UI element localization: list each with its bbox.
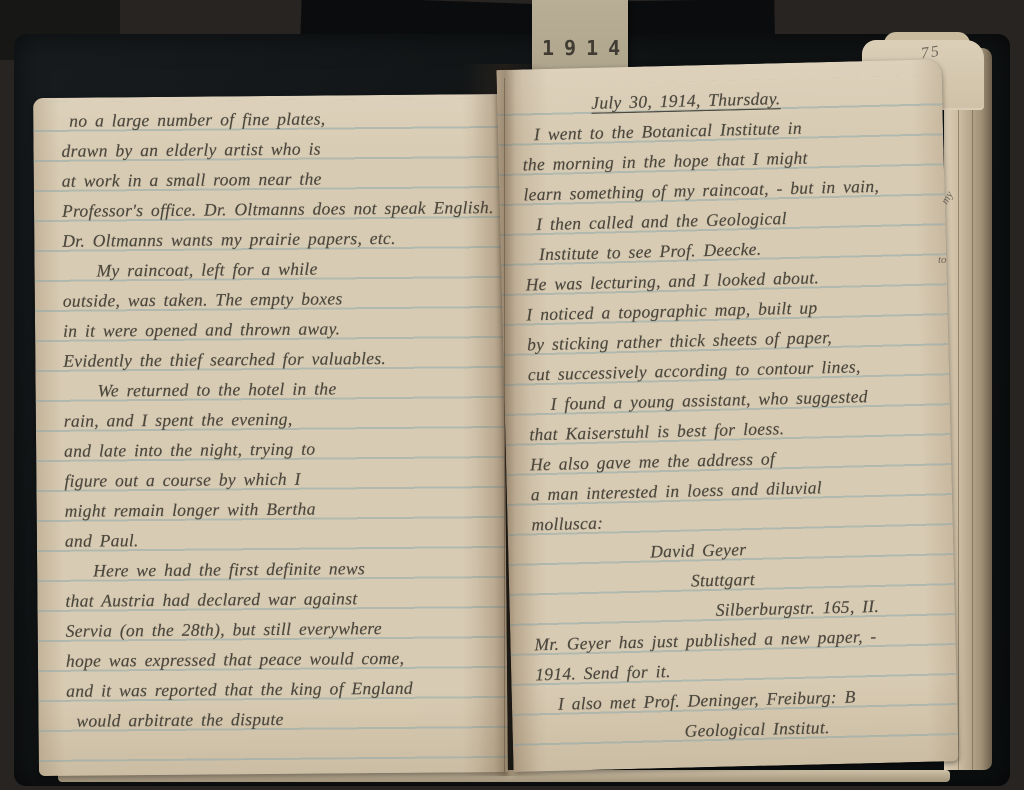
manuscript-line: We returned to the hotel in the xyxy=(63,372,499,406)
manuscript-line: at work in a small room near the xyxy=(62,162,498,196)
page-edge-text: to xyxy=(938,254,947,266)
left-page-text: no a large number of fine plates,drawn b… xyxy=(61,102,502,736)
manuscript-line: in it were opened and thrown away. xyxy=(63,312,499,346)
manuscript-line: outside, was taken. The empty boxes xyxy=(63,282,499,316)
manuscript-line: and Paul. xyxy=(65,522,501,556)
left-page: no a large number of fine plates,drawn b… xyxy=(33,94,508,776)
year-tab-label: 1914 xyxy=(532,36,628,60)
right-page: July 30, 1914, Thursday.I went to the Bo… xyxy=(496,59,958,772)
manuscript-line: Here we had the first definite news xyxy=(65,552,501,586)
manuscript-line: might remain longer with Bertha xyxy=(65,492,501,526)
manuscript-line: Servia (on the 28th), but still everywhe… xyxy=(66,612,502,646)
gutter-crease xyxy=(504,78,505,772)
manuscript-line: and it was reported that the king of Eng… xyxy=(66,672,502,706)
manuscript-line: no a large number of fine plates, xyxy=(61,102,497,136)
right-page-text: July 30, 1914, Thursday.I went to the Bo… xyxy=(521,79,955,749)
manuscript-line: would arbitrate the dispute xyxy=(66,702,502,736)
page-edge-crease xyxy=(958,48,959,770)
page-edge-crease xyxy=(972,48,973,770)
photo-canvas: 1914 75 no a large number of fine plates… xyxy=(0,0,1024,790)
manuscript-line: Professor's office. Dr. Oltmanns does no… xyxy=(62,192,498,226)
manuscript-line: drawn by an elderly artist who is xyxy=(61,132,497,166)
manuscript-line: figure out a course by which I xyxy=(64,462,500,496)
manuscript-line: that Austria had declared war against xyxy=(65,582,501,616)
manuscript-line: Evidently the thief searched for valuabl… xyxy=(63,342,499,376)
manuscript-line: hope was expressed that peace would come… xyxy=(66,642,502,676)
manuscript-line: rain, and I spent the evening, xyxy=(64,402,500,436)
manuscript-line: My raincoat, left for a while xyxy=(62,252,498,286)
manuscript-line: Dr. Oltmanns wants my prairie papers, et… xyxy=(62,222,498,256)
manuscript-line: and late into the night, trying to xyxy=(64,432,500,466)
